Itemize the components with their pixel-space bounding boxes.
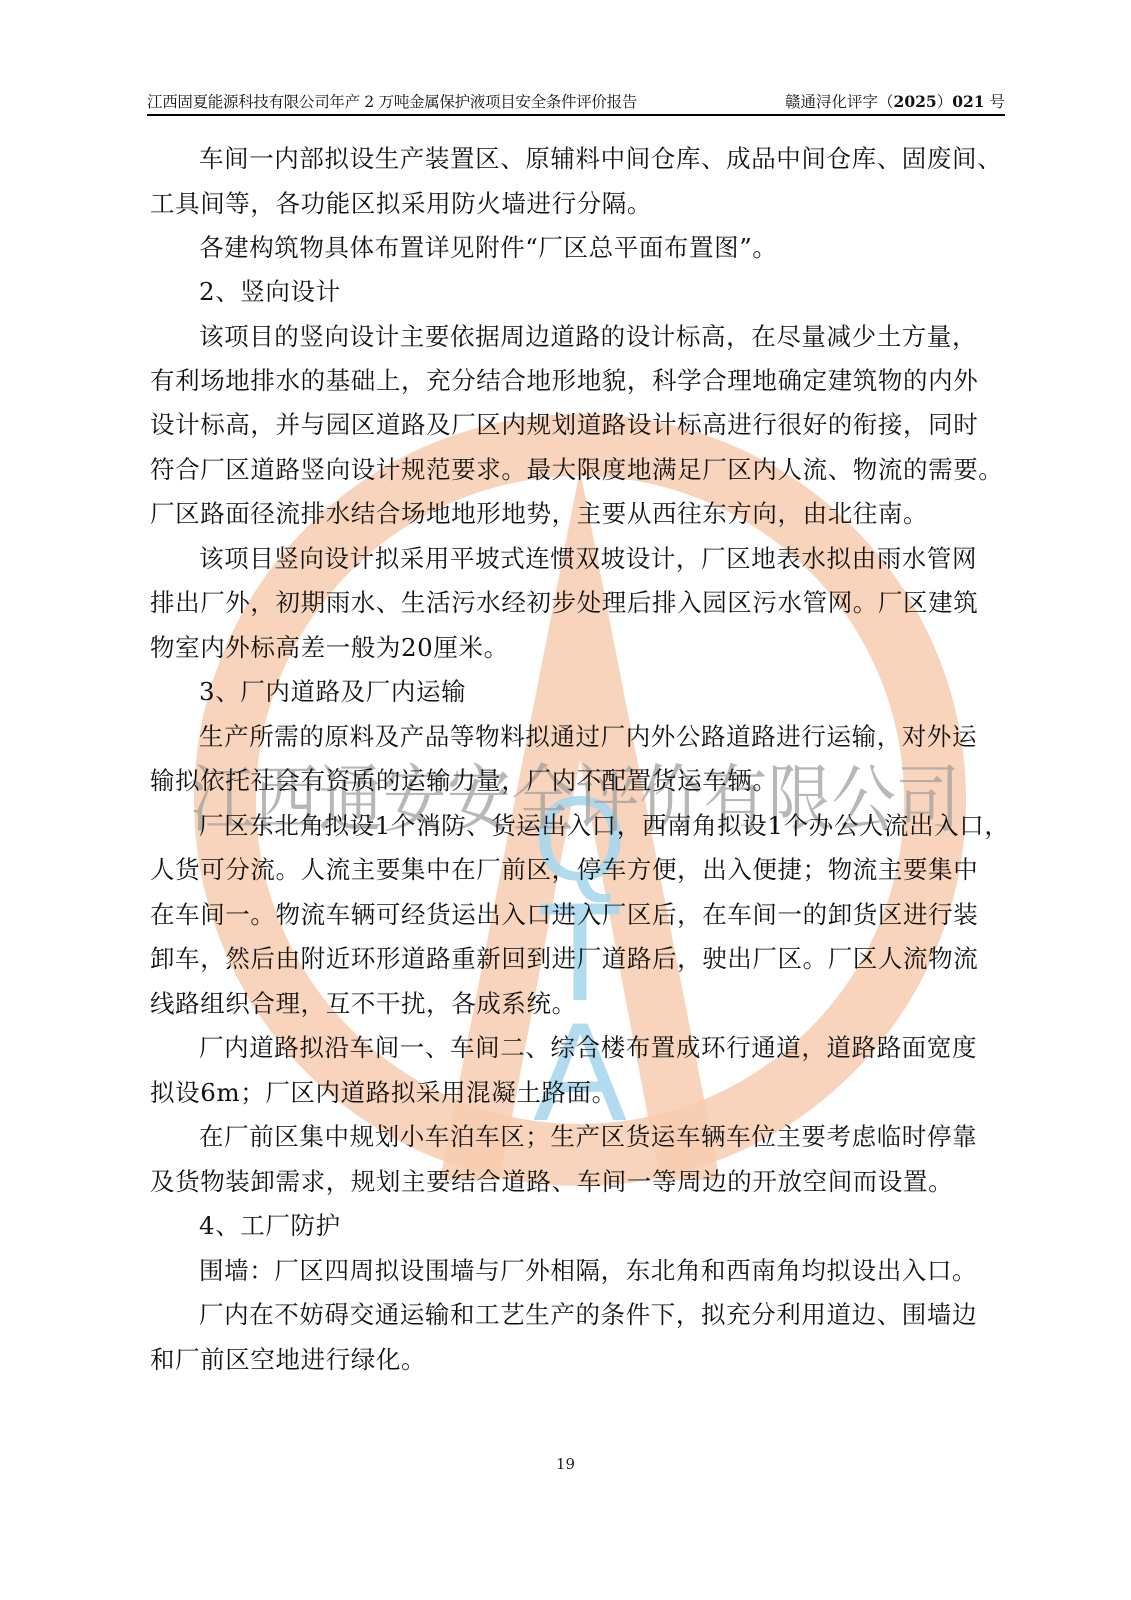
report-title: 江西固夏能源科技有限公司年产 2 万吨金属保护液项目安全条件评价报告 — [147, 91, 637, 113]
paragraph-line: 车间一内部拟设生产装置区、原辅料中间仓库、成品中间仓库、固废间、 — [199, 144, 1002, 174]
document-number: 赣通浔化评字（2025）021 号 — [785, 91, 1005, 113]
paragraph-line: 人货可分流。人流主要集中在厂前区，停车方便，出入便捷；物流主要集中 — [150, 855, 978, 885]
section-heading: 3、厂内道路及厂内运输 — [199, 677, 466, 707]
paragraph-line: 在厂前区集中规划小车泊车区；生产区货运车辆车位主要考虑临时停靠 — [199, 1122, 977, 1152]
paragraph-line: 线路组织合理，互不干扰，各成系统。 — [150, 989, 577, 1019]
paragraph-line: 及货物装卸需求，规划主要结合道路、车间一等周边的开放空间而设置。 — [150, 1167, 953, 1197]
paragraph-line: 该项目竖向设计拟采用平坡式连惯双坡设计，厂区地表水拟由雨水管网 — [199, 544, 977, 574]
paragraph-line: 厂区东北角拟设1个消防、货运出入口，西南角拟设1个办公人流出入口， — [199, 811, 1009, 841]
paragraph-line: 各建构筑物具体布置详见附件“厂区总平面布置图”。 — [199, 233, 777, 263]
paragraph-line: 围墙：厂区四周拟设围墙与厂外相隔，东北角和西南角均拟设出入口。 — [199, 1256, 977, 1286]
section-heading: 4、工厂防护 — [199, 1211, 341, 1241]
paragraph-line: 设计标高，并与园区道路及厂区内规划道路设计标高进行很好的衔接，同时 — [150, 410, 978, 440]
page-number: 19 — [0, 1455, 1131, 1473]
paragraph-line: 排出厂外，初期雨水、生活污水经初步处理后排入园区污水管网。厂区建筑 — [150, 588, 978, 618]
paragraph-line: 该项目的竖向设计主要依据周边道路的设计标高，在尽量减少土方量， — [199, 322, 977, 352]
paragraph-line: 和厂前区空地进行绿化。 — [150, 1345, 426, 1375]
paragraph-line: 拟设6m；厂区内道路拟采用混凝土路面。 — [150, 1078, 617, 1108]
paragraph-line: 厂内在不妨碍交通运输和工艺生产的条件下，拟充分利用道边、围墙边 — [199, 1300, 977, 1330]
page-header: 江西固夏能源科技有限公司年产 2 万吨金属保护液项目安全条件评价报告 赣通浔化评… — [147, 90, 1005, 116]
paragraph-line: 有利场地排水的基础上，充分结合地形地貌，科学合理地确定建筑物的内外 — [150, 366, 978, 396]
paragraph-line: 生产所需的原料及产品等物料拟通过厂内外公路道路进行运输，对外运 — [199, 722, 977, 752]
paragraph-line: 符合厂区道路竖向设计规范要求。最大限度地满足厂区内人流、物流的需要。 — [150, 455, 1003, 485]
paragraph-line: 工具间等，各功能区拟采用防火墙进行分隔。 — [150, 189, 652, 219]
paragraph-line: 厂内道路拟沿车间一、车间二、综合楼布置成环行通道，道路路面宽度 — [199, 1033, 977, 1063]
paragraph-line: 输拟依托社会有资质的运输力量，厂内不配置货运车辆。 — [150, 766, 778, 796]
paragraph-line: 物室内外标高差一般为20厘米。 — [150, 633, 509, 663]
section-heading: 2、竖向设计 — [199, 277, 341, 307]
paragraph-line: 卸车，然后由附近环形道路重新回到进厂道路后，驶出厂区。厂区人流物流 — [150, 944, 978, 974]
paragraph-line: 厂区路面径流排水结合场地地形地势，主要从西往东方向，由北往南。 — [150, 499, 928, 529]
document-page: Q T A 江西通安安全评价有限公司 江西固夏能源科技有限公司年产 2 万吨金属… — [0, 0, 1131, 1600]
paragraph-line: 在车间一。物流车辆可经货运出入口进入厂区后，在车间一的卸货区进行装 — [150, 900, 978, 930]
